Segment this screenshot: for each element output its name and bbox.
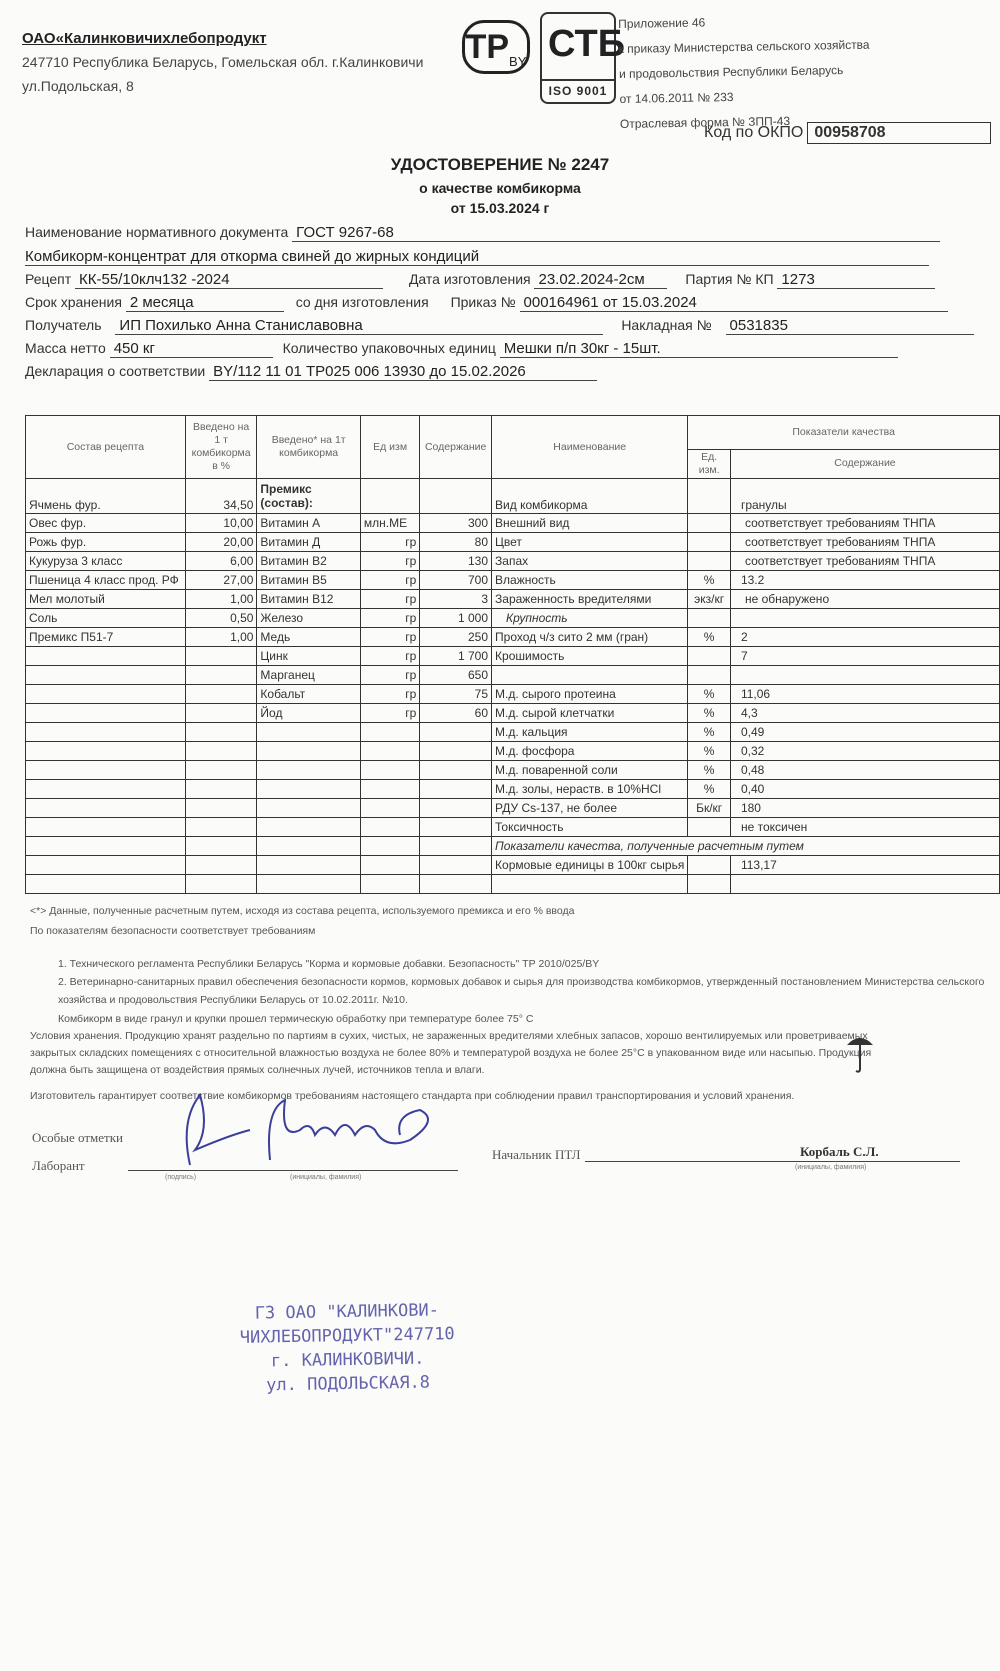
cell-q-unit — [688, 818, 731, 837]
cell-unit — [360, 780, 419, 799]
invoice-value: 0531835 — [726, 317, 974, 335]
table-row: Пшеница 4 класс прод. РФ27,00Витамин В5г… — [26, 571, 1000, 590]
stb-iso-logo-icon: СТБ ISO 9001 — [540, 12, 616, 104]
cell-premix: Цинк — [257, 647, 360, 666]
cell-unit: гр — [360, 647, 419, 666]
shelf-life-row: Срок хранения 2 месяца со дня изготовлен… — [25, 294, 948, 312]
lab-signature-line — [128, 1170, 458, 1171]
cell-q-unit: % — [688, 571, 731, 590]
cell-pct: 34,50 — [185, 479, 257, 514]
heat-treatment-note: Комбикорм в виде гранул и крупки прошел … — [58, 1013, 533, 1025]
signature-caption: (подпись) — [165, 1174, 196, 1181]
table-row: Токсичностьне токсичен — [26, 818, 1000, 837]
cell-premix: Кобальт — [257, 685, 360, 704]
cell-name: Запах — [492, 552, 688, 571]
cell-q-value: не обнаружено — [730, 590, 999, 609]
invoice-label: Накладная № — [621, 317, 711, 333]
table-row — [26, 875, 1000, 894]
requirement-1: 1. Технического регламента Республики Бе… — [58, 958, 599, 970]
order-value: 000164961 от 15.03.2024 — [520, 294, 948, 312]
calc-note: <*> Данные, полученные расчетным путем, … — [30, 905, 574, 917]
cell-q-unit — [688, 609, 731, 628]
cell-q-value: 0,40 — [730, 780, 999, 799]
header-content: Содержание — [420, 416, 492, 479]
net-mass-row: Масса нетто 450 кг Количество упаковочны… — [25, 340, 898, 358]
product-name: Комбикорм-концентрат для откорма свиней … — [25, 248, 929, 266]
company-address-line1: 247710 Республика Беларусь, Гомельская о… — [22, 54, 423, 70]
cell-pct — [185, 704, 257, 723]
company-stamp: ГЗ ОАО "КАЛИНКОВИ- ЧИХЛЕБОПРОДУКТ"247710… — [239, 1298, 456, 1398]
cell-pct — [185, 837, 257, 856]
cell-content: 75 — [420, 685, 492, 704]
cell-q-unit: % — [688, 685, 731, 704]
cell-content — [420, 856, 492, 875]
cell-pct: 1,00 — [185, 590, 257, 609]
batch-label: Партия № КП — [685, 271, 773, 287]
cell-pct — [185, 742, 257, 761]
cell-content: 250 — [420, 628, 492, 647]
cell-recipe — [26, 666, 186, 685]
certificate-subtitle: о качестве комбикорма — [0, 180, 1000, 196]
cell-pct: 6,00 — [185, 552, 257, 571]
cell-q-unit: % — [688, 628, 731, 647]
table-row: М.д. поваренной соли%0,48 — [26, 761, 1000, 780]
appendix-line: и продовольствия Республики Беларусь — [619, 58, 870, 87]
cell-recipe — [26, 761, 186, 780]
cell-name: Токсичность — [492, 818, 688, 837]
cell-name: Кормовые единицы в 100кг сырья — [492, 856, 688, 875]
recipient-row: Получатель ИП Похилько Анна Станиславовн… — [25, 317, 974, 335]
cell-recipe: Пшеница 4 класс прод. РФ — [26, 571, 186, 590]
stb-mark: СТБ — [548, 18, 606, 70]
header-per-ton: Введено* на 1т комбикорма — [257, 416, 360, 479]
cell-q-value: 11,06 — [730, 685, 999, 704]
cell-name: Влажность — [492, 571, 688, 590]
cell-name: Цвет — [492, 533, 688, 552]
cell-pct — [185, 723, 257, 742]
cell-pct: 20,00 — [185, 533, 257, 552]
cell-recipe — [26, 818, 186, 837]
packages-label: Количество упаковочных единиц — [283, 340, 496, 356]
table-row: Цинкгр1 700Крошимость7 — [26, 647, 1000, 666]
cell-pct — [185, 875, 257, 894]
cell-recipe: Овес фур. — [26, 514, 186, 533]
cell-pct — [185, 761, 257, 780]
cell-name: Зараженность вредителями — [492, 590, 688, 609]
cell-q-value: соответствует требованиям ТНПА — [730, 552, 999, 571]
head-signature-line — [585, 1161, 960, 1162]
recipient-label: Получатель — [25, 317, 102, 333]
cell-content — [420, 723, 492, 742]
shelf-label: Срок хранения — [25, 294, 122, 310]
cell-name: М.д. золы, нераств. в 10%HCl — [492, 780, 688, 799]
table-row: Мел молотый1,00Витамин В12гр3Зараженност… — [26, 590, 1000, 609]
cell-q-unit: Бк/кг — [688, 799, 731, 818]
cell-pct: 27,00 — [185, 571, 257, 590]
cell-name: Внешний вид — [492, 514, 688, 533]
composition-quality-table: Состав рецепта Введено на 1 т комбикорма… — [25, 415, 1000, 894]
cell-name: РДУ Cs-137, не более — [492, 799, 688, 818]
mfg-date-label: Дата изготовления — [409, 271, 531, 287]
batch-value: 1273 — [777, 271, 935, 289]
table-row: Йодгр60М.д. сырой клетчатки%4,3 — [26, 704, 1000, 723]
declaration-row: Декларация о соответствии BY/112 11 01 Т… — [25, 363, 597, 381]
cell-content — [420, 837, 492, 856]
cell-unit — [360, 742, 419, 761]
table-row: Премикс П51-71,00Медьгр250Проход ч/з сит… — [26, 628, 1000, 647]
cell-content — [420, 799, 492, 818]
header-quality-content: Содержание — [730, 449, 999, 478]
cell-recipe: Мел молотый — [26, 590, 186, 609]
cell-content — [420, 780, 492, 799]
cell-content — [420, 818, 492, 837]
cell-q-unit: экз/кг — [688, 590, 731, 609]
cell-q-value: 13.2 — [730, 571, 999, 590]
shelf-value: 2 месяца — [126, 294, 284, 312]
norm-doc-row: Наименование нормативного документа ГОСТ… — [25, 224, 940, 242]
company-address-line2: ул.Подольская, 8 — [22, 78, 134, 94]
cell-name: Проход ч/з сито 2 мм (гран) — [492, 628, 688, 647]
cell-recipe — [26, 856, 186, 875]
table-row: Овес фур.10,00Витамин Амлн.МЕ300Внешний … — [26, 514, 1000, 533]
norm-doc-label: Наименование нормативного документа — [25, 224, 288, 240]
cell-content: 650 — [420, 666, 492, 685]
cell-content — [420, 761, 492, 780]
cell-premix: Витамин В5 — [257, 571, 360, 590]
cell-unit — [360, 837, 419, 856]
cell-q-unit: % — [688, 704, 731, 723]
table-row: М.д. золы, нераств. в 10%HCl%0,40 — [26, 780, 1000, 799]
net-mass-value: 450 кг — [110, 340, 273, 358]
cell-unit: гр — [360, 628, 419, 647]
cell-name: М.д. сырого протеина — [492, 685, 688, 704]
header-per-ton-pct: Введено на 1 т комбикорма в % — [185, 416, 257, 479]
lab-assistant-label: Лаборант — [32, 1158, 85, 1174]
cell-content: 3 — [420, 590, 492, 609]
cell-premix — [257, 856, 360, 875]
header-quality-unit: Ед. изм. — [688, 449, 731, 478]
cell-recipe — [26, 780, 186, 799]
cell-premix — [257, 742, 360, 761]
recipient-value: ИП Похилько Анна Станиславовна — [115, 317, 603, 335]
cell-unit — [360, 479, 419, 514]
cell-q-unit — [688, 875, 731, 894]
head-ptl-label: Начальник ПТЛ — [492, 1147, 580, 1163]
cell-name: Крупность — [492, 609, 688, 628]
table-row: РДУ Cs-137, не болееБк/кг180 — [26, 799, 1000, 818]
cell-q-unit: % — [688, 742, 731, 761]
table-row: Марганецгр650 — [26, 666, 1000, 685]
cell-pct — [185, 799, 257, 818]
cell-q-unit: % — [688, 780, 731, 799]
cell-premix — [257, 837, 360, 856]
table-row: М.д. фосфора%0,32 — [26, 742, 1000, 761]
cell-name — [492, 666, 688, 685]
cell-unit — [360, 875, 419, 894]
cell-q-value: 113,17 — [730, 856, 999, 875]
cell-recipe — [26, 723, 186, 742]
cell-q-value: гранулы — [730, 479, 999, 514]
cell-unit: гр — [360, 590, 419, 609]
cell-content — [420, 742, 492, 761]
table-row: М.д. кальция%0,49 — [26, 723, 1000, 742]
cell-pct — [185, 685, 257, 704]
cell-recipe — [26, 647, 186, 666]
table-row: Кормовые единицы в 100кг сырья113,17 — [26, 856, 1000, 875]
header-recipe: Состав рецепта — [26, 416, 186, 479]
cell-q-unit — [688, 533, 731, 552]
cell-content: 80 — [420, 533, 492, 552]
cell-content: 1 000 — [420, 609, 492, 628]
company-name: ОАО«Калинковичихлебопродукт — [22, 30, 267, 47]
cell-unit — [360, 856, 419, 875]
cell-recipe: Премикс П51-7 — [26, 628, 186, 647]
mfg-date-value: 23.02.2024-2см — [534, 271, 667, 289]
cell-recipe — [26, 837, 186, 856]
shelf-from: со дня изготовления — [296, 294, 429, 310]
cell-pct — [185, 666, 257, 685]
cell-recipe: Кукуруза 3 класс — [26, 552, 186, 571]
certificate-title: УДОСТОВЕРЕНИЕ № 2247 — [0, 155, 1000, 175]
header-quality: Показатели качества — [688, 416, 1000, 450]
cell-q-unit: % — [688, 723, 731, 742]
head-initials-caption: (инициалы, фамилия) — [795, 1164, 866, 1171]
cell-q-value — [730, 875, 999, 894]
cell-unit: гр — [360, 571, 419, 590]
iso-label: ISO 9001 — [542, 79, 614, 98]
tr-by-logo-icon: TPBY — [462, 20, 530, 74]
cell-unit: гр — [360, 666, 419, 685]
cell-q-value — [730, 666, 999, 685]
cell-unit — [360, 761, 419, 780]
cell-name: М.д. поваренной соли — [492, 761, 688, 780]
initials-caption: (инициалы, фамилия) — [290, 1174, 361, 1181]
cell-name: Показатели качества, полученные расчетны… — [492, 837, 1000, 856]
recipe-label: Рецепт — [25, 271, 71, 287]
cell-name: Крошимость — [492, 647, 688, 666]
safety-note: По показателям безопасности соответствуе… — [30, 925, 315, 937]
cell-name: М.д. кальция — [492, 723, 688, 742]
table-row: Кобальтгр75М.д. сырого протеина%11,06 — [26, 685, 1000, 704]
cell-premix: Витамин В12 — [257, 590, 360, 609]
cell-content: 60 — [420, 704, 492, 723]
cell-content: 300 — [420, 514, 492, 533]
cell-name: М.д. сырой клетчатки — [492, 704, 688, 723]
cell-pct: 1,00 — [185, 628, 257, 647]
cell-unit: гр — [360, 552, 419, 571]
cell-q-unit — [688, 479, 731, 514]
product-name-row: Комбикорм-концентрат для откорма свиней … — [25, 248, 929, 266]
cell-pct: 0,50 — [185, 609, 257, 628]
cell-unit: млн.МЕ — [360, 514, 419, 533]
cell-unit — [360, 723, 419, 742]
cell-recipe — [26, 742, 186, 761]
cell-unit: гр — [360, 533, 419, 552]
requirement-2b: хозяйства и продовольствия Республики Бе… — [58, 994, 408, 1006]
special-marks-label: Особые отметки — [32, 1130, 123, 1146]
cell-q-unit — [688, 514, 731, 533]
cell-pct — [185, 818, 257, 837]
cell-recipe: Рожь фур. — [26, 533, 186, 552]
net-mass-label: Масса нетто — [25, 340, 106, 356]
cell-premix — [257, 761, 360, 780]
cell-premix: Марганец — [257, 666, 360, 685]
cell-recipe — [26, 704, 186, 723]
cell-unit: гр — [360, 704, 419, 723]
cell-q-value: не токсичен — [730, 818, 999, 837]
cell-recipe — [26, 875, 186, 894]
order-label: Приказ № — [451, 294, 516, 310]
cell-content — [420, 479, 492, 514]
cell-q-value: 0,48 — [730, 761, 999, 780]
cell-content: 130 — [420, 552, 492, 571]
cell-recipe: Соль — [26, 609, 186, 628]
declaration-label: Декларация о соответствии — [25, 363, 205, 379]
cell-q-value: соответствует требованиям ТНПА — [730, 533, 999, 552]
cell-premix: Йод — [257, 704, 360, 723]
recipe-value: КК-55/10клч132 -2024 — [75, 271, 383, 289]
cell-name: Вид комбикорма — [492, 479, 688, 514]
table-row: Кукуруза 3 класс6,00Витамин В2гр130Запах… — [26, 552, 1000, 571]
cell-unit: гр — [360, 685, 419, 704]
cell-q-value: 180 — [730, 799, 999, 818]
cell-premix: Премикс (состав): — [257, 479, 360, 514]
okpo-code: Код по ОКПО00958708 — [704, 122, 991, 144]
declaration-value: BY/112 11 01 ТР025 006 13930 до 15.02.20… — [209, 363, 597, 381]
signature-icon — [170, 1090, 460, 1170]
cell-q-value: 0,32 — [730, 742, 999, 761]
cell-recipe — [26, 685, 186, 704]
cell-q-unit — [688, 552, 731, 571]
norm-doc-value: ГОСТ 9267-68 — [292, 224, 940, 242]
cell-unit — [360, 799, 419, 818]
certificate-date: от 15.03.2024 г — [0, 200, 1000, 216]
umbrella-icon — [845, 1033, 875, 1080]
cell-pct — [185, 780, 257, 799]
okpo-value: 00958708 — [807, 122, 991, 144]
cell-q-value — [730, 609, 999, 628]
cell-q-value: 7 — [730, 647, 999, 666]
cell-premix — [257, 723, 360, 742]
cell-q-value: 4,3 — [730, 704, 999, 723]
cell-premix: Железо — [257, 609, 360, 628]
table-row: Рожь фур.20,00Витамин Дгр80Цветсоответст… — [26, 533, 1000, 552]
table-row: Соль0,50Железогр1 000Крупность — [26, 609, 1000, 628]
cell-recipe: Ячмень фур. — [26, 479, 186, 514]
cell-premix — [257, 799, 360, 818]
cell-premix: Витамин Д — [257, 533, 360, 552]
cell-premix — [257, 780, 360, 799]
cell-content: 1 700 — [420, 647, 492, 666]
cell-premix: Витамин А — [257, 514, 360, 533]
requirement-2a: 2. Ветеринарно-санитарных правил обеспеч… — [58, 976, 984, 988]
cell-unit — [360, 818, 419, 837]
cell-pct — [185, 647, 257, 666]
storage-line2: закрытых складских помещениях с относите… — [30, 1047, 871, 1059]
cell-q-value: соответствует требованиям ТНПА — [730, 514, 999, 533]
cell-q-value: 2 — [730, 628, 999, 647]
cell-recipe — [26, 799, 186, 818]
cell-pct: 10,00 — [185, 514, 257, 533]
cell-q-unit — [688, 856, 731, 875]
cell-q-value: 0,49 — [730, 723, 999, 742]
recipe-row: Рецепт КК-55/10клч132 -2024 Дата изготов… — [25, 271, 935, 289]
cell-premix — [257, 818, 360, 837]
cell-premix: Витамин В2 — [257, 552, 360, 571]
cell-name — [492, 875, 688, 894]
header-unit: Ед изм — [360, 416, 419, 479]
cell-content — [420, 875, 492, 894]
head-name: Корбаль С.Л. — [800, 1144, 879, 1160]
cell-q-unit: % — [688, 761, 731, 780]
appendix-note: Приложение 46 к приказу Министерства сел… — [618, 8, 871, 137]
stamp-line: ул. ПОДОЛЬСКАЯ.8 — [240, 1370, 455, 1398]
cell-pct — [185, 856, 257, 875]
cell-unit: гр — [360, 609, 419, 628]
okpo-label: Код по ОКПО — [704, 124, 803, 141]
cell-q-unit — [688, 666, 731, 685]
cell-premix — [257, 875, 360, 894]
header-name: Наименование — [492, 416, 688, 479]
storage-line1: Условия хранения. Продукцию хранят разде… — [30, 1030, 868, 1042]
table-row: Показатели качества, полученные расчетны… — [26, 837, 1000, 856]
cell-premix: Медь — [257, 628, 360, 647]
cell-q-unit — [688, 647, 731, 666]
packages-value: Мешки п/п 30кг - 15шт. — [500, 340, 898, 358]
storage-line3: должна быть защищена от воздействия прям… — [30, 1064, 485, 1076]
table-row: Ячмень фур.34,50Премикс (состав):Вид ком… — [26, 479, 1000, 514]
cell-content: 700 — [420, 571, 492, 590]
cell-name: М.д. фосфора — [492, 742, 688, 761]
